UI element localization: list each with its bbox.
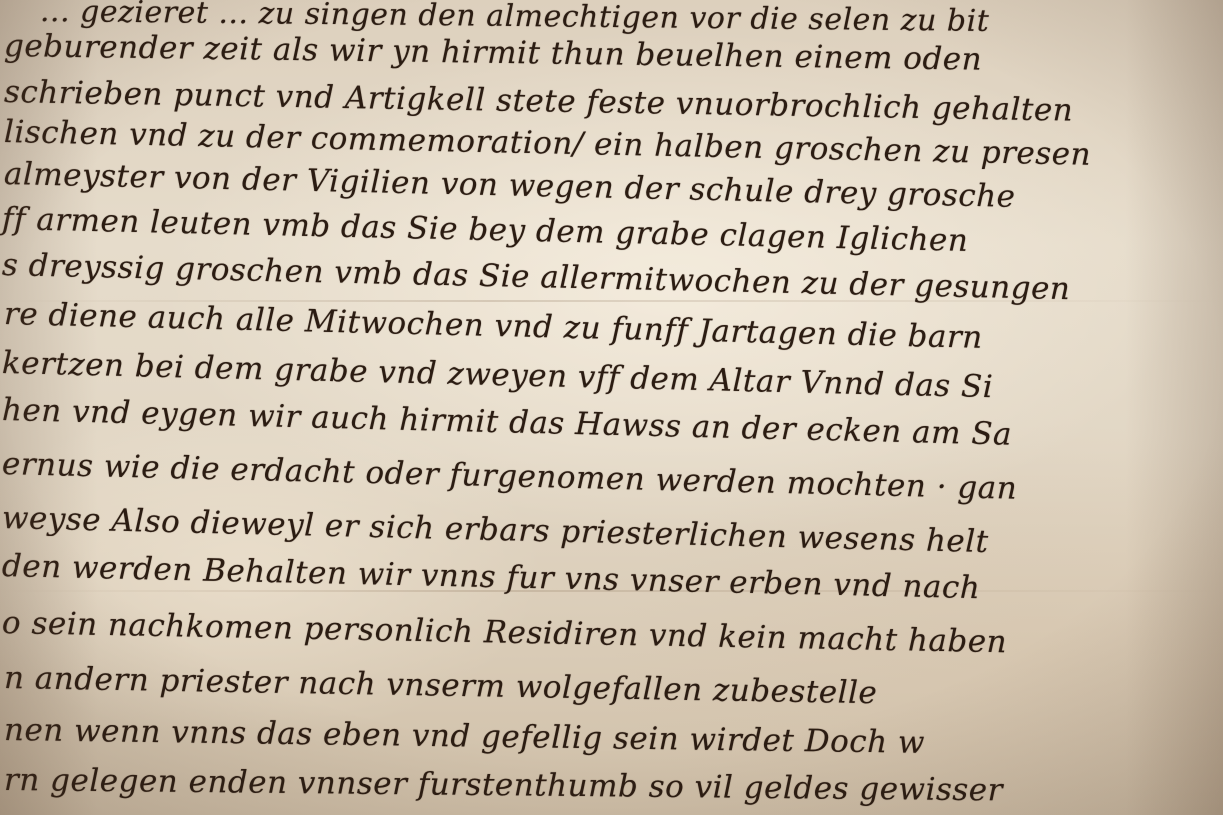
manuscript-line-15: n andern priester nach vnserm wolgefalle… <box>4 660 878 711</box>
manuscript-line-11: ernus wie die erdacht oder furgenomen we… <box>2 446 1018 507</box>
manuscript-line-16: nen wenn vnns das eben vnd gefellig sein… <box>4 712 925 761</box>
manuscript-line-13: den werden Behalten wir vnns fur vns vns… <box>2 548 981 606</box>
manuscript-line-8: re diene auch alle Mitwochen vnd zu funf… <box>4 296 984 356</box>
manuscript-page: ... gezieret ... zu singen den almechtig… <box>0 0 1223 815</box>
manuscript-line-17: rn gelegen enden vnnser furstenthumb so … <box>4 762 1003 808</box>
manuscript-line-14: o sein nachkomen personlich Residiren vn… <box>2 605 1008 660</box>
